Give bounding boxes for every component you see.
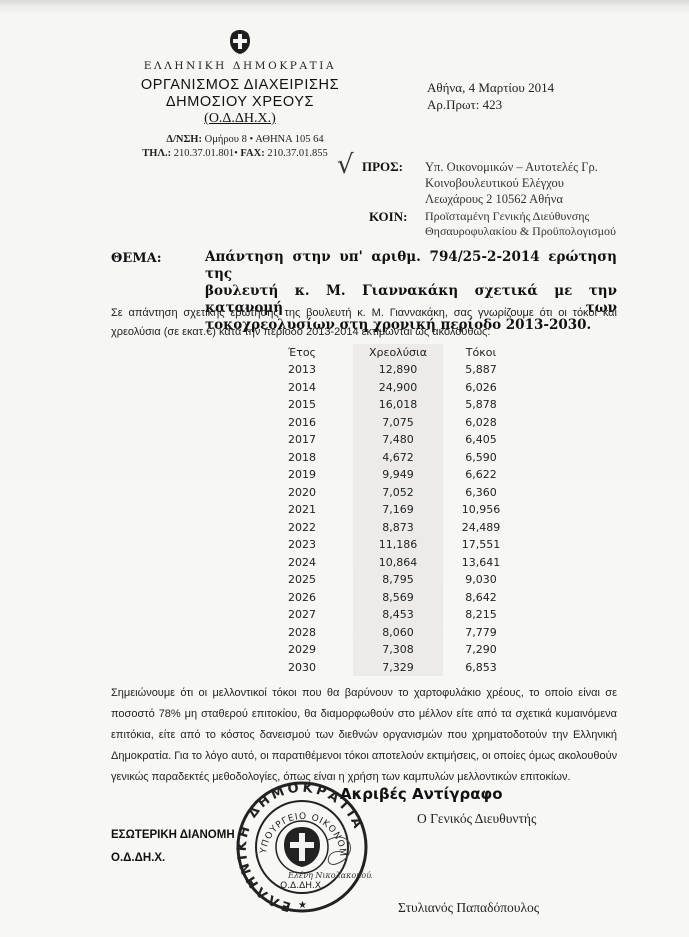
cell-year: 2015	[280, 396, 353, 414]
table-row: 20167,0756,028	[280, 414, 519, 432]
cell-year: 2020	[280, 484, 353, 502]
table-row: 20268,5698,642	[280, 589, 519, 607]
cell-year: 2023	[280, 536, 353, 554]
cell-interest: 5,887	[443, 361, 519, 379]
recipient-line: Κοινοβουλευτικού Ελέγχου	[425, 175, 598, 191]
cell-year: 2021	[280, 501, 353, 519]
table-row: 20207,0526,360	[280, 484, 519, 502]
cell-interest: 5,878	[443, 396, 519, 414]
cell-interest: 6,405	[443, 431, 519, 449]
subject-label: ΘΕΜΑ:	[111, 251, 162, 266]
cell-year: 2018	[280, 449, 353, 467]
cell-amortization: 7,480	[353, 431, 443, 449]
cell-amortization: 11,186	[353, 536, 443, 554]
cell-year: 2016	[280, 414, 353, 432]
note-paragraph: Σημειώνουμε ότι οι μελλοντικοί τόκοι που…	[111, 683, 617, 788]
cell-amortization: 7,075	[353, 414, 443, 432]
subject-line: Απάντηση στην υπ' αριθμ. 794/25-2-2014 ε…	[205, 249, 617, 283]
cell-interest: 6,026	[443, 379, 519, 397]
address-label: Δ/ΝΣΗ:	[166, 134, 202, 145]
cell-amortization: 10,864	[353, 554, 443, 572]
cc-address: Προϊσταμένη Γενικής Διεύθυνσης Θησαυροφυ…	[425, 209, 616, 239]
recipient-line: Υπ. Οικονομικών – Αυτοτελές Γρ.	[425, 159, 598, 175]
cell-amortization: 7,308	[353, 641, 443, 659]
table-header-row: Έτος Χρεολύσια Τόκοι	[280, 344, 519, 361]
fax-value: 210.37.01.855	[267, 148, 327, 159]
cell-year: 2022	[280, 519, 353, 537]
signatory-title: Ο Γενικός Διευθυντής	[417, 811, 536, 827]
cell-interest: 9,030	[443, 571, 519, 589]
cell-interest: 8,642	[443, 589, 519, 607]
cell-amortization: 7,329	[353, 659, 443, 677]
fax-label: FAX:	[240, 148, 264, 159]
scanned-letter-page: ΕΛΛΗΝΙΚΗ ΔΗΜΟΚΡΑΤΙΑ ΟΡΓΑΝΙΣΜΟΣ ΔΙΑΧΕΙΡΙΣ…	[0, 0, 689, 937]
cell-interest: 6,028	[443, 414, 519, 432]
cell-year: 2028	[280, 624, 353, 642]
svg-text:Ο.Δ.ΔΗ.Χ.: Ο.Δ.ΔΗ.Χ.	[280, 881, 324, 891]
cell-interest: 6,622	[443, 466, 519, 484]
organization-address: Δ/ΝΣΗ: Ομήρου 8 • ΑΘΗΝΑ 105 64	[120, 134, 370, 145]
column-header-year: Έτος	[280, 344, 353, 361]
cell-year: 2030	[280, 659, 353, 677]
cell-interest: 13,641	[443, 554, 519, 572]
cell-interest: 7,779	[443, 624, 519, 642]
phone-value: 210.37.01.801•	[174, 148, 238, 159]
cell-amortization: 7,052	[353, 484, 443, 502]
table-row: 201424,9006,026	[280, 379, 519, 397]
cell-interest: 8,215	[443, 606, 519, 624]
cell-interest: 17,551	[443, 536, 519, 554]
cell-amortization: 7,169	[353, 501, 443, 519]
recipient-label: ΠΡΟΣ:	[362, 159, 403, 175]
republic-title: ΕΛΛΗΝΙΚΗ ΔΗΜΟΚΡΑΤΙΑ	[130, 60, 350, 72]
cell-amortization: 8,795	[353, 571, 443, 589]
note-line: ποσοστό 78% μη σταθερού επιτοκίου, θα δι…	[111, 704, 617, 725]
certified-copy-stamp: Ακριβές Αντίγραφο	[340, 785, 503, 803]
cell-year: 2029	[280, 641, 353, 659]
cell-amortization: 8,569	[353, 589, 443, 607]
column-header-amortization: Χρεολύσια	[353, 344, 443, 361]
cell-interest: 6,360	[443, 484, 519, 502]
protocol-number: Αρ.Πρωτ: 423	[427, 97, 502, 113]
column-header-interest: Τόκοι	[443, 344, 519, 361]
note-line: επιτόκια, είτε από το κόστος δανεισμού τ…	[111, 725, 617, 746]
table-row: 20278,4538,215	[280, 606, 519, 624]
cell-year: 2025	[280, 571, 353, 589]
table-row: 20199,9496,622	[280, 466, 519, 484]
cell-amortization: 24,900	[353, 379, 443, 397]
cell-interest: 6,853	[443, 659, 519, 677]
cell-amortization: 9,949	[353, 466, 443, 484]
note-line: Σημειώνουμε ότι οι μελλοντικοί τόκοι που…	[111, 683, 617, 704]
table-row: 20177,4806,405	[280, 431, 519, 449]
table-row: 201312,8905,887	[280, 361, 519, 379]
svg-text:Ελένη Νικολακοπούλου: Ελένη Νικολακοπούλου	[287, 871, 372, 880]
table-row: 20258,7959,030	[280, 571, 519, 589]
note-line: Δημοκρατία. Για το λόγο αυτό, οι παρατιθ…	[111, 746, 617, 767]
cell-year: 2024	[280, 554, 353, 572]
signatory-name: Στυλιανός Παπαδόπουλος	[398, 900, 539, 916]
greek-coat-of-arms-icon	[227, 28, 253, 56]
cell-amortization: 8,060	[353, 624, 443, 642]
intro-line: χρεολύσια (σε εκατ.€) κατά την περίοδο 2…	[111, 323, 617, 342]
table-row: 20297,3087,290	[280, 641, 519, 659]
letter-date: Αθήνα, 4 Μαρτίου 2014	[427, 80, 554, 96]
organization-name-line1: ΟΡΓΑΝΙΣΜΟΣ ΔΙΑΧΕΙΡΙΣΗΣ	[120, 77, 360, 93]
organization-contact: ΤΗΛ.: 210.37.01.801• FAX: 210.37.01.855	[100, 148, 370, 159]
cell-amortization: 8,453	[353, 606, 443, 624]
cell-interest: 7,290	[443, 641, 519, 659]
table-row: 20184,6726,590	[280, 449, 519, 467]
intro-line: Σε απάντηση σχετικής ερώτησης της βουλευ…	[111, 304, 617, 323]
table-body: 201312,8905,887201424,9006,026201516,018…	[280, 361, 519, 676]
cell-amortization: 8,873	[353, 519, 443, 537]
cell-interest: 10,956	[443, 501, 519, 519]
table-row: 20288,0607,779	[280, 624, 519, 642]
address-value: Ομήρου 8 • ΑΘΗΝΑ 105 64	[205, 134, 324, 145]
cell-amortization: 4,672	[353, 449, 443, 467]
cell-amortization: 16,018	[353, 396, 443, 414]
cc-line: Προϊσταμένη Γενικής Διεύθυνσης	[425, 209, 616, 224]
svg-text:★: ★	[298, 900, 307, 911]
intro-paragraph: Σε απάντηση σχετικής ερώτησης της βουλευ…	[111, 304, 617, 342]
cell-year: 2014	[280, 379, 353, 397]
internal-distribution-value: Ο.Δ.ΔΗ.Χ.	[111, 852, 165, 864]
cell-interest: 24,489	[443, 519, 519, 537]
cell-interest: 6,590	[443, 449, 519, 467]
cell-year: 2027	[280, 606, 353, 624]
recipient-line: Λεωχάρους 2 10562 Αθήνα	[425, 191, 598, 207]
table-row: 202311,18617,551	[280, 536, 519, 554]
phone-label: ΤΗΛ.:	[142, 148, 171, 159]
organization-name-line2: ΔΗΜΟΣΙΟΥ ΧΡΕΟΥΣ	[120, 94, 360, 110]
table-row: 20307,3296,853	[280, 659, 519, 677]
debt-service-table: Έτος Χρεολύσια Τόκοι 201312,8905,8872014…	[280, 344, 519, 676]
cc-line: Θησαυροφυλακίου & Προϋπολογισμού	[425, 224, 616, 239]
recipient-address: Υπ. Οικονομικών – Αυτοτελές Γρ. Κοινοβου…	[425, 159, 598, 207]
organization-abbreviation: (Ο.Δ.ΔΗ.Χ.)	[120, 111, 360, 127]
cell-year: 2026	[280, 589, 353, 607]
internal-distribution-label: ΕΣΩΤΕΡΙΚΗ ΔΙΑΝΟΜΗ	[111, 829, 235, 841]
table-row: 20217,16910,956	[280, 501, 519, 519]
cc-label: ΚΟΙΝ:	[369, 209, 407, 225]
checkmark-icon: √	[337, 150, 354, 180]
cell-year: 2017	[280, 431, 353, 449]
cell-year: 2019	[280, 466, 353, 484]
cell-amortization: 12,890	[353, 361, 443, 379]
table-row: 201516,0185,878	[280, 396, 519, 414]
cell-year: 2013	[280, 361, 353, 379]
table-row: 202410,86413,641	[280, 554, 519, 572]
table-row: 20228,87324,489	[280, 519, 519, 537]
